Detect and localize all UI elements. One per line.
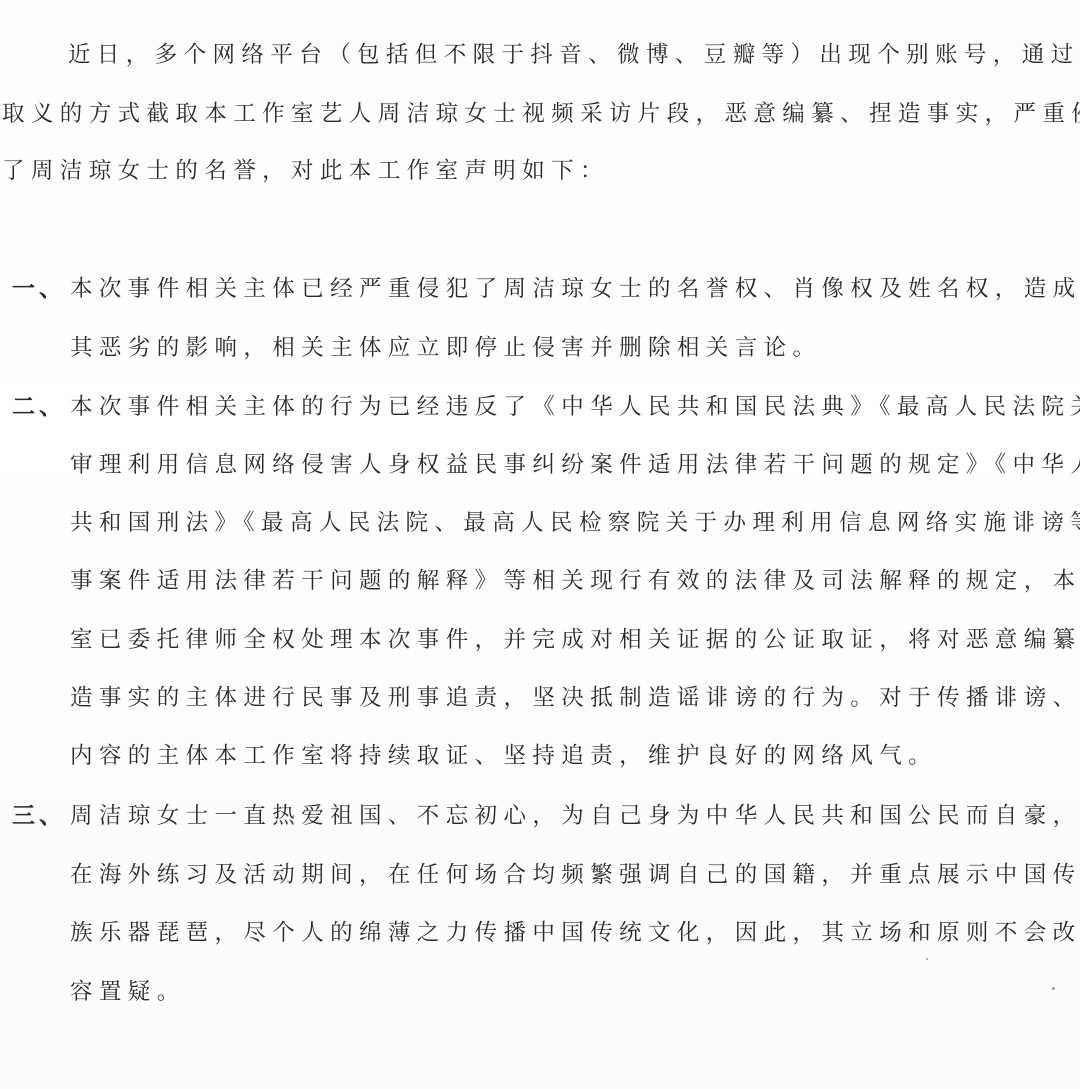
item-2-line-4: 事案件适用法律若干问题的解释》等相关现行有效的法律及司法解释的规定，本工作 <box>70 566 1080 596</box>
item-3-line-4: 容置疑。 <box>70 977 186 1007</box>
item-1-line-1: 本次事件相关主体已经严重侵犯了周洁琼女士的名誉权、肖像权及姓名权，造成了极 <box>70 274 1080 304</box>
item-2-line-1: 本次事件相关主体的行为已经违反了《中华人民共和国民法典》《最高人民法院关于 <box>70 392 1080 422</box>
item-marker-2: 二、 <box>12 392 66 422</box>
item-marker-1: 一、 <box>12 274 66 304</box>
item-1-line-2: 其恶劣的影响，相关主体应立即停止侵害并删除相关言论。 <box>70 333 821 363</box>
scan-speck <box>926 958 928 960</box>
item-2-line-7: 内容的主体本工作室将持续取证、坚持追责，维护良好的网络风气。 <box>70 741 937 771</box>
item-3-line-2: 在海外练习及活动期间，在任何场合均频繁强调自己的国籍，并重点展示中国传统民 <box>70 860 1080 890</box>
item-2-line-5: 室已委托律师全权处理本次事件，并完成对相关证据的公证取证，将对恶意编纂、捏 <box>70 625 1080 655</box>
item-marker-3: 三、 <box>12 801 66 831</box>
item-3-line-3: 族乐器琵琶，尽个人的绵薄之力传播中国传统文化，因此，其立场和原则不会改变不 <box>70 918 1080 948</box>
item-2-line-3: 共和国刑法》《最高人民法院、最高人民检察院关于办理利用信息网络实施诽谤等刑 <box>70 508 1080 538</box>
statement-document-page: 近日，多个网络平台（包括但不限于抖音、微博、豆瓣等）出现个别账号，通过断章 取义… <box>0 0 1080 1089</box>
intro-line-3: 了周洁琼女士的名誉，对此本工作室声明如下： <box>2 156 609 186</box>
intro-line-2: 取义的方式截取本工作室艺人周洁琼女士视频采访片段，恶意编纂、捏造事实，严重侵害 <box>2 99 1080 129</box>
intro-line-1: 近日，多个网络平台（包括但不限于抖音、微博、豆瓣等）出现个别账号，通过断章 <box>68 40 1080 70</box>
item-3-line-1: 周洁琼女士一直热爱祖国、不忘初心，为自己身为中华人民共和国公民而自豪，包括 <box>70 801 1080 831</box>
item-2-line-6: 造事实的主体进行民事及刑事追责，坚决抵制造谣诽谤的行为。对于传播诽谤、侵权 <box>70 683 1080 713</box>
item-2-line-2: 审理利用信息网络侵害人身权益民事纠纷案件适用法律若干问题的规定》《中华人民 <box>70 450 1080 480</box>
scan-speck <box>1052 987 1055 990</box>
